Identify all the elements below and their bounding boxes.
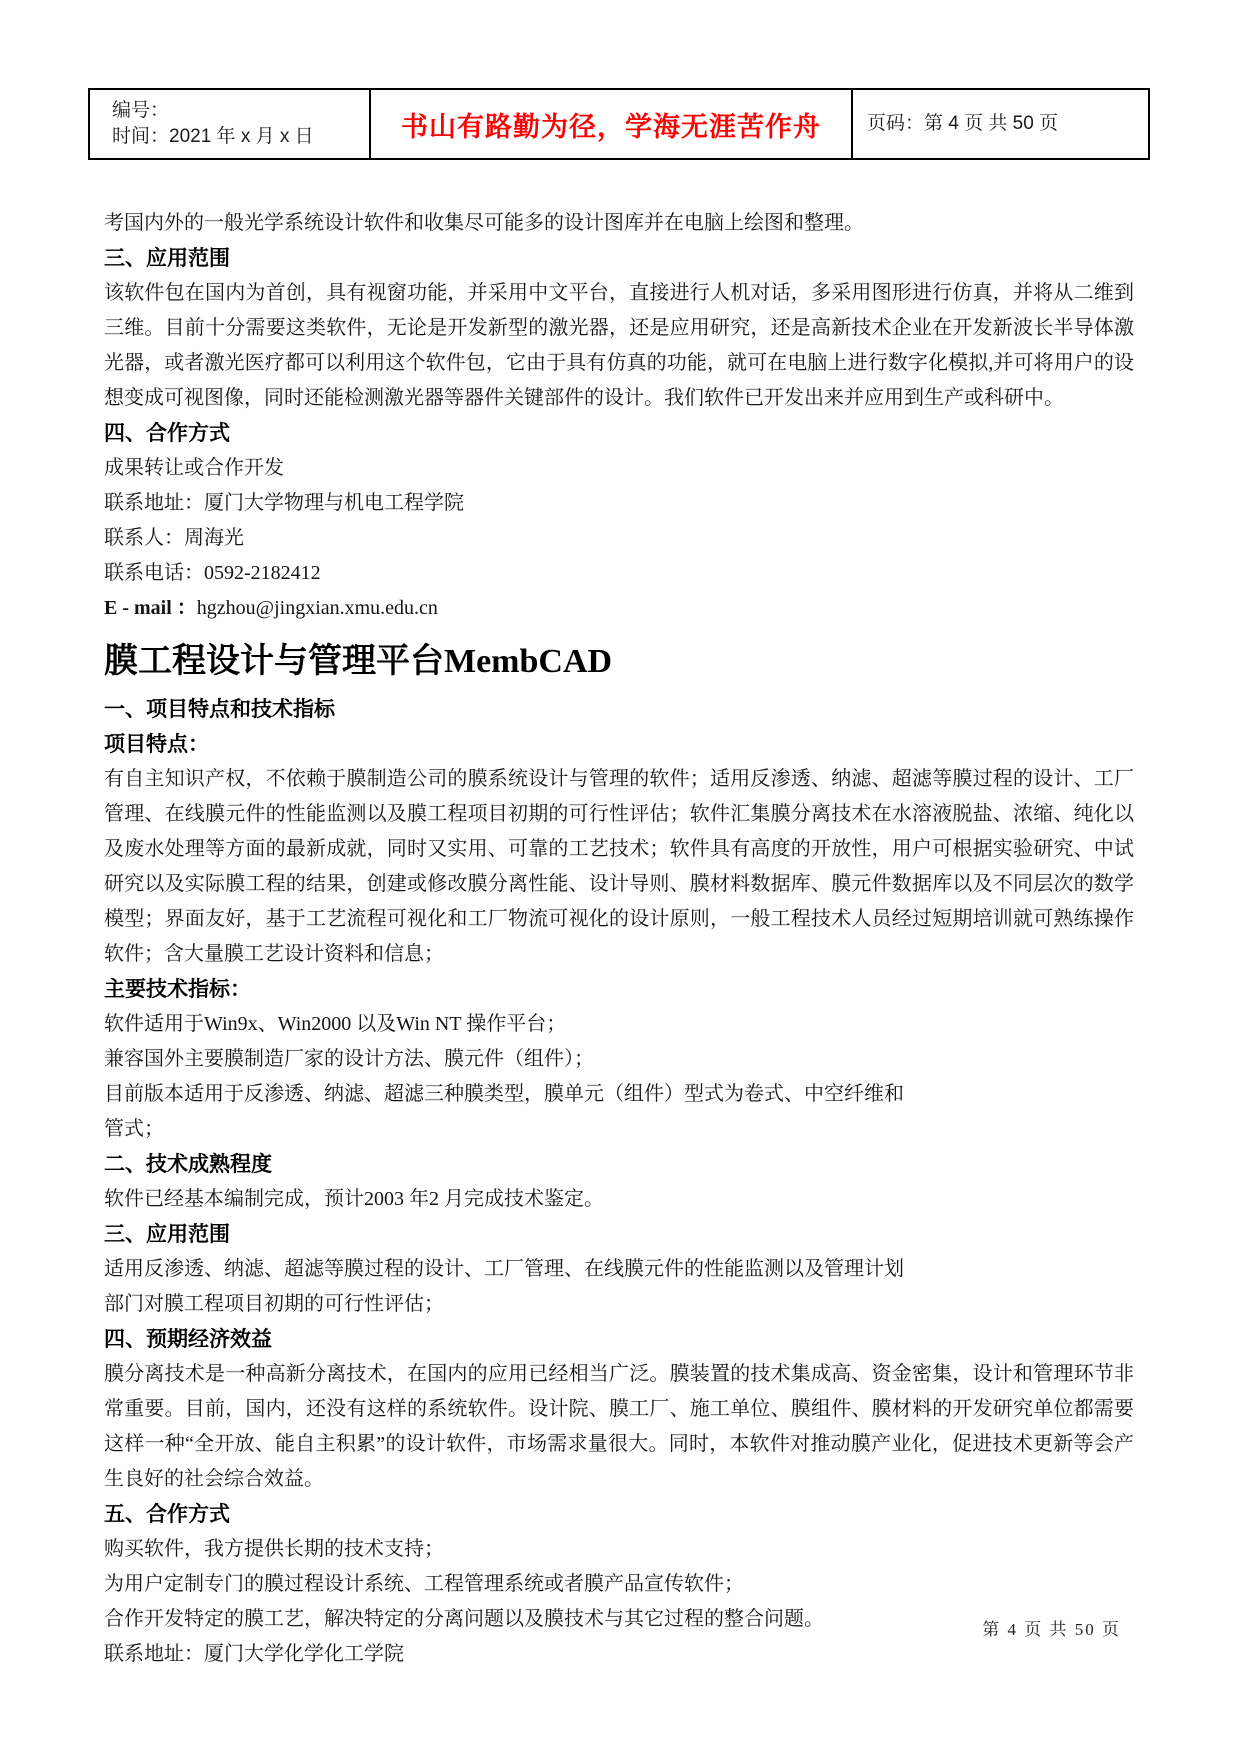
optics-continuation-paragraph: 考国内外的一般光学系统设计软件和收集尽可能多的设计图库并在电脑上绘图和整理。 [104,206,1134,241]
header-cell-meta: 编号： 时间：2021 年 x 月 x 日 [89,89,370,159]
membcad-heading-cooperation: 五、合作方式 [104,1497,1134,1532]
membcad-maturity-text: 软件已经基本编制完成，预计2003 年2 月完成技术鉴定。 [104,1182,1134,1217]
membcad-heading-features: 一、项目特点和技术指标 [104,692,1134,727]
optics-contact-address: 联系地址：厦门大学物理与机电工程学院 [104,486,1134,521]
doc-date-label: 时间：2021 年 x 月 x 日 [112,124,363,150]
optics-cooperation-mode: 成果转让或合作开发 [104,451,1134,486]
membcad-contact-address: 联系地址：厦门大学化学化工学院 [104,1637,1134,1672]
membcad-features-paragraph: 有自主知识产权，不依赖于膜制造公司的膜系统设计与管理的软件；适用反渗透、纳滤、超… [104,762,1134,972]
membcad-scope-line: 部门对膜工程项目初期的可行性评估； [104,1287,1134,1322]
header-page-label: 页码：第 4 页 共 50 页 [867,113,1058,134]
document-page: 编号： 时间：2021 年 x 月 x 日 书山有路勤为径，学海无涯苦作舟 页码… [0,0,1241,1754]
doc-number-label: 编号： [112,98,363,124]
page-footer: 第 4 页 共 50 页 [982,1618,1121,1642]
membcad-cooperation-line: 为用户定制专门的膜过程设计系统、工程管理系统或者膜产品宣传软件； [104,1567,1134,1602]
header-table: 编号： 时间：2021 年 x 月 x 日 书山有路勤为径，学海无涯苦作舟 页码… [88,88,1150,160]
membcad-heading-maturity: 二、技术成熟程度 [104,1147,1134,1182]
document-body: 考国内外的一般光学系统设计软件和收集尽可能多的设计图库并在电脑上绘图和整理。 三… [104,206,1134,1672]
email-label: E - mail ： [104,597,197,619]
email-address: hgzhou@jingxian.xmu.edu.cn [197,597,438,619]
membcad-spec-line: 目前版本适用于反渗透、纳滤、超滤三种膜类型，膜单元（组件）型式为卷式、中空纤维和 [104,1077,1134,1112]
header-cell-slogan: 书山有路勤为径，学海无涯苦作舟 [370,89,852,159]
membcad-cooperation-line: 购买软件，我方提供长期的技术支持； [104,1532,1134,1567]
optics-scope-paragraph: 该软件包在国内为首创，具有视窗功能，并采用中文平台，直接进行人机对话，多采用图形… [104,276,1134,416]
membcad-spec-line: 软件适用于Win9x、Win2000 以及Win NT 操作平台； [104,1007,1134,1042]
header-slogan-text: 书山有路勤为径，学海无涯苦作舟 [401,112,821,142]
optics-contact-person: 联系人：周海光 [104,521,1134,556]
membcad-subheading-specs: 主要技术指标： [104,972,1134,1007]
optics-contact-email-line: E - mail ：hgzhou@jingxian.xmu.edu.cn [104,591,1134,626]
membcad-scope-line: 适用反渗透、纳滤、超滤等膜过程的设计、工厂管理、在线膜元件的性能监测以及管理计划 [104,1252,1134,1287]
membcad-title: 膜工程设计与管理平台MembCAD [104,640,1134,684]
optics-heading-cooperation: 四、合作方式 [104,416,1134,451]
membcad-cooperation-line: 合作开发特定的膜工艺，解决特定的分离问题以及膜技术与其它过程的整合问题。 [104,1602,1134,1637]
membcad-heading-scope: 三、应用范围 [104,1217,1134,1252]
membcad-spec-line: 兼容国外主要膜制造厂家的设计方法、膜元件（组件）； [104,1042,1134,1077]
membcad-subheading-features: 项目特点： [104,727,1134,762]
membcad-heading-benefit: 四、预期经济效益 [104,1322,1134,1357]
membcad-benefit-paragraph: 膜分离技术是一种高新分离技术，在国内的应用已经相当广泛。膜装置的技术集成高、资金… [104,1357,1134,1497]
header-cell-page: 页码：第 4 页 共 50 页 [852,89,1149,159]
optics-contact-phone: 联系电话：0592-2182412 [104,556,1134,591]
footer-page-info: 第 4 页 共 50 页 [982,1620,1121,1639]
membcad-spec-line: 管式； [104,1112,1134,1147]
optics-heading-scope: 三、应用范围 [104,241,1134,276]
header-row: 编号： 时间：2021 年 x 月 x 日 书山有路勤为径，学海无涯苦作舟 页码… [89,89,1149,159]
